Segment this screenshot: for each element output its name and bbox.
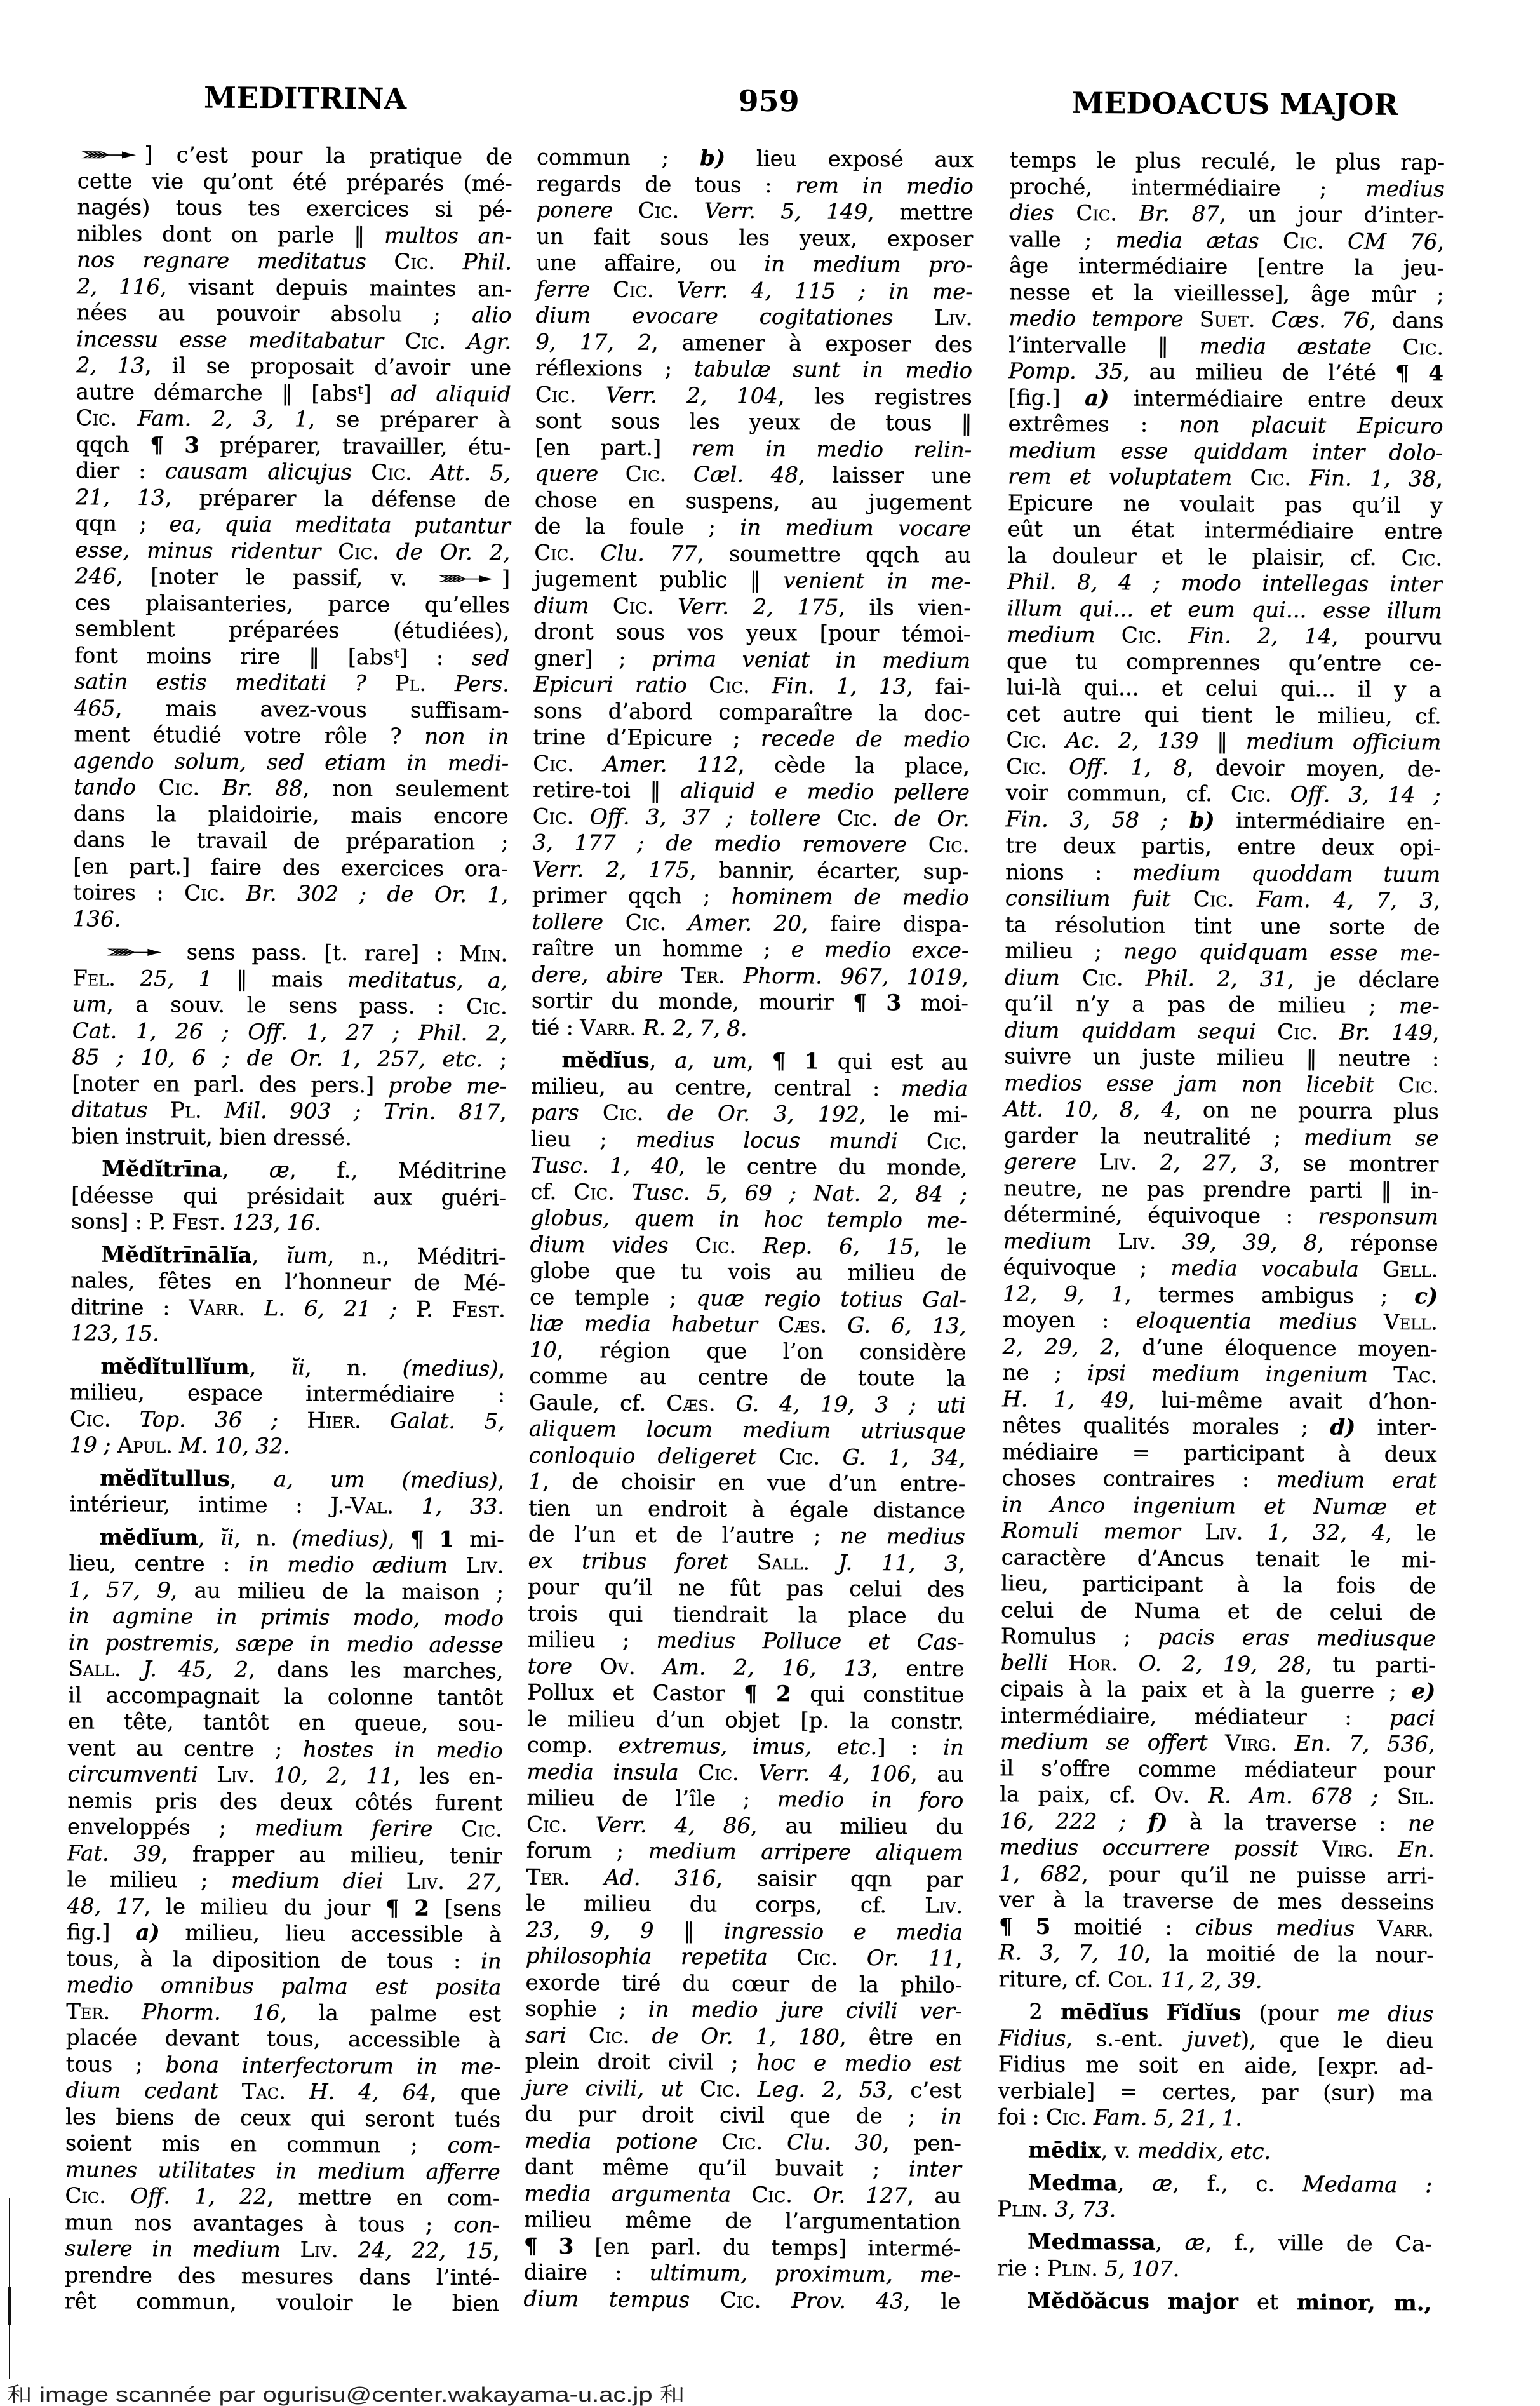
- plain-text: ,: [1433, 1020, 1440, 1045]
- word: travail: [196, 828, 267, 854]
- word: sou-: [458, 1711, 504, 1738]
- plain-text: ;: [619, 1997, 626, 2022]
- word: esse: [1323, 598, 1370, 624]
- plain-text: comme: [1138, 1756, 1217, 1782]
- plain-text: aide,: [1244, 2053, 1297, 2080]
- word: des: [178, 2263, 216, 2290]
- plain-text: qui: [1144, 702, 1179, 727]
- word: 2,: [212, 407, 233, 433]
- text-line: aliquemlocummediumutriusque: [529, 1416, 966, 1446]
- plain-text: préparés: [346, 170, 444, 196]
- italic-text: a,: [274, 1467, 293, 1492]
- word: Liv.: [925, 1893, 963, 1920]
- italic-text: ;: [222, 1019, 229, 1044]
- word: Fin.: [772, 673, 814, 700]
- author-abbreviation: Cic.: [751, 2182, 793, 2207]
- plain-text: ment: [74, 722, 130, 748]
- plain-text: ,: [305, 1355, 312, 1380]
- word: public: [660, 567, 727, 594]
- italic-text: medium: [882, 648, 970, 674]
- plain-text: exercices: [306, 196, 409, 222]
- plain-text: intermédiaire: [1236, 808, 1386, 834]
- word: Fam.: [1257, 887, 1311, 914]
- word: l’île: [675, 1786, 716, 1813]
- word: :: [873, 1075, 880, 1102]
- word: qu’ont: [203, 169, 274, 196]
- text-line: incessuessemeditabaturCic.Agr.: [76, 326, 511, 356]
- word: tollere: [749, 805, 821, 831]
- italic-text: omnibus: [161, 1973, 254, 1999]
- text-line: rie:Plin.5,107.: [997, 2255, 1432, 2285]
- dictionary-entry: mĕdĭus,a,um,¶1quiestaumilieu,aucentre,ce…: [523, 1047, 968, 2315]
- italic-text: R.: [999, 1940, 1022, 1965]
- italic-text: ;: [390, 1296, 398, 1322]
- word: 1: [199, 966, 213, 993]
- word: 678: [1311, 1784, 1353, 1810]
- author-abbreviation: Liv.: [1099, 1150, 1137, 1175]
- bold-headword: 1: [439, 1526, 454, 1552]
- text-line: bieninstruit,biendressé.: [72, 1124, 507, 1153]
- plain-text: ta: [1005, 912, 1027, 938]
- plain-text: ,: [1332, 624, 1339, 649]
- word: =: [1120, 2079, 1138, 2106]
- plain-text: la: [157, 802, 177, 827]
- word: Amer.: [688, 910, 753, 937]
- word: ‖: [1158, 333, 1168, 360]
- word: [en: [535, 434, 570, 461]
- dictionary-entry: 2mēdĭusFĭdĭus(pourmediusFidius,s.-ent.ju…: [998, 1999, 1433, 2134]
- plain-text: de: [645, 171, 671, 197]
- word: etc.]: [837, 1735, 886, 1761]
- plain-text: ,: [867, 199, 874, 225]
- text-line: intermédiaire,médiateur:paci: [1000, 1703, 1435, 1732]
- word: ex: [528, 1548, 553, 1575]
- plain-text: deux: [279, 1789, 332, 1815]
- word: 3: [886, 990, 901, 1017]
- text-line: Cic.Verr.4,86,aumilieudu: [526, 1811, 963, 1841]
- word: biens: [116, 2104, 174, 2131]
- word: du: [935, 1814, 963, 1841]
- word: medio: [714, 831, 781, 857]
- word: il: [68, 1683, 82, 1709]
- word: 2,: [486, 1021, 507, 1047]
- word: 28,: [1278, 1651, 1312, 1678]
- author-abbreviation: Cic.: [76, 405, 117, 431]
- text-line: mediusoccurrerepossitVirg.En.: [1000, 1834, 1435, 1864]
- italic-text: con-: [453, 2212, 500, 2237]
- word: vien-: [918, 595, 971, 622]
- plain-text: :: [163, 1295, 170, 1321]
- word: a,: [274, 1467, 293, 1493]
- author-abbreviation: Cic.: [184, 880, 225, 906]
- word: vent: [68, 1735, 116, 1762]
- text-line: voircommun,cf.Cic.Off.3,14;: [1006, 780, 1441, 809]
- plain-text: ,: [280, 2000, 287, 2026]
- plain-text: rêt: [64, 2288, 96, 2314]
- plain-text: ,: [956, 1946, 963, 1972]
- word: Liv.: [1118, 1229, 1156, 1256]
- word: Trin.: [384, 1099, 436, 1126]
- plain-text: ,: [778, 384, 785, 409]
- plain-text: jeu-: [1403, 255, 1444, 281]
- plain-text: absolu: [330, 302, 402, 328]
- word: occurrere: [1102, 1835, 1210, 1862]
- author-abbreviation: Cic.: [721, 2129, 763, 2154]
- plain-text: distance: [873, 1498, 965, 1524]
- plain-text: ;: [743, 1787, 751, 1812]
- plain-text: la: [365, 1579, 385, 1604]
- author-abbreviation: Plin.: [1047, 2255, 1098, 2281]
- word: ¶: [853, 990, 867, 1017]
- word: 23,: [526, 1917, 560, 1944]
- scanned-dictionary-page: MEDITRINA 959 MEDOACUS MAJOR ➳]c’estpour…: [0, 0, 1540, 2406]
- word: aliquid: [680, 778, 756, 805]
- plain-text: milieu: [238, 1578, 305, 1604]
- plain-text: la: [1283, 1573, 1303, 1598]
- text-line: tous,àladipositiondetous:in: [67, 1946, 502, 1975]
- plain-text: ,: [116, 696, 123, 721]
- italic-text: 2,: [733, 1655, 754, 1680]
- word: bien: [219, 1124, 267, 1151]
- italic-text: 536: [1387, 1731, 1428, 1757]
- plain-text: avantages: [192, 2210, 304, 2236]
- italic-text: utriusque: [860, 1418, 966, 1444]
- italic-text: 21: [344, 1296, 372, 1321]
- plain-text: tous: [387, 1948, 434, 1973]
- plain-text: vois: [728, 1260, 771, 1285]
- italic-text: Ac.: [1066, 728, 1101, 753]
- word: Cic.: [461, 1817, 502, 1843]
- text-line: Cic.Off.1,22,mettreencom-: [65, 2183, 500, 2212]
- italic-text: mediusque: [1316, 1625, 1436, 1651]
- word: rem: [692, 436, 735, 462]
- plain-text: ,: [499, 1356, 506, 1381]
- word: relin-: [914, 437, 972, 464]
- plain-text: ,: [751, 1813, 758, 1838]
- word: moyen-: [1358, 1336, 1438, 1362]
- word: gerere: [1003, 1149, 1076, 1176]
- plain-text: fût: [730, 1576, 761, 1601]
- italic-text: palma: [281, 1973, 348, 1999]
- word: 17,: [116, 1893, 151, 1920]
- sense-letter: d): [1330, 1415, 1355, 1440]
- italic-text: sæpe: [236, 1630, 294, 1657]
- word: tié: [532, 1014, 560, 1041]
- word: tous: [885, 410, 932, 437]
- plain-text: laisser: [832, 463, 904, 489]
- word: 64,: [403, 2080, 437, 2106]
- word: douleur: [1052, 543, 1137, 570]
- text-line: parsCic.deOr.3,192,lemi-: [531, 1100, 968, 1129]
- italic-text: medios: [1004, 1070, 1082, 1096]
- italic-text: Att.: [1004, 1096, 1043, 1122]
- word: d): [1330, 1415, 1355, 1441]
- italic-text: Fam.: [1257, 887, 1311, 913]
- word: rem: [1008, 464, 1052, 490]
- plain-text: :: [1032, 2105, 1040, 2130]
- plain-text: écarter,: [817, 858, 901, 884]
- word: 13,: [879, 674, 913, 701]
- plain-text: ver: [999, 1887, 1034, 1912]
- plain-text: la: [946, 1366, 966, 1392]
- word: me-: [460, 2054, 501, 2081]
- word: que: [1007, 649, 1047, 675]
- italic-text: Epicuri: [533, 672, 613, 698]
- word: ;: [359, 882, 366, 908]
- word: [fig.]: [1008, 385, 1061, 412]
- word: la: [1007, 543, 1027, 570]
- italic-text: 246: [75, 563, 116, 589]
- word: medio: [1008, 306, 1076, 332]
- plain-text: accessible: [348, 2027, 460, 2053]
- plain-text: ,: [716, 1865, 723, 1891]
- plain-text: ,: [838, 595, 845, 620]
- word: ;: [1123, 1624, 1131, 1651]
- word: 76,: [1410, 229, 1444, 256]
- word: au: [937, 1761, 963, 1788]
- word: Cæs.: [1271, 307, 1326, 334]
- author-abbreviation: Ov.: [1154, 1783, 1189, 1808]
- plain-text: d’avoir: [374, 354, 450, 380]
- plain-text: [t.: [324, 941, 348, 966]
- word: etc.: [442, 1047, 483, 1073]
- plain-text: nagés): [77, 194, 150, 220]
- plain-text: tu: [1075, 649, 1098, 674]
- word: 5,: [484, 1409, 505, 1435]
- word: du: [937, 1603, 965, 1630]
- author-abbreviation: Cic.: [1398, 1073, 1439, 1098]
- word: 8,: [1304, 1230, 1325, 1257]
- text-line: nagés)toustesexercicessipé-: [77, 194, 512, 224]
- italic-text: Phil.: [1146, 965, 1195, 991]
- italic-text: a,: [674, 1048, 694, 1073]
- word: pass.: [359, 993, 415, 1020]
- word: jour: [1298, 202, 1342, 229]
- word: P.: [416, 1296, 433, 1323]
- plain-text: Fidius: [998, 2052, 1066, 2078]
- plain-text: qui: [311, 2106, 345, 2131]
- italic-text: regnare: [142, 248, 229, 274]
- italic-text: 1,: [1370, 466, 1391, 492]
- word: à: [1338, 1441, 1351, 1468]
- italic-text: quiddam: [1081, 1018, 1177, 1044]
- italic-text: licebit: [1306, 1072, 1374, 1098]
- italic-text: aliquem: [529, 1416, 617, 1442]
- bold-headword: ¶: [1395, 361, 1409, 386]
- word: Medama: [1302, 2172, 1398, 2198]
- text-line: lemilieud’unobjet[p.laconstr.: [527, 1706, 964, 1735]
- word: au: [944, 542, 971, 569]
- word: démarche: [154, 380, 263, 407]
- italic-text: ingressio: [724, 1918, 824, 1944]
- italic-text: de: [247, 1045, 274, 1071]
- plain-text: de: [194, 2105, 220, 2130]
- plain-text: monde,: [887, 1155, 968, 1181]
- word: 1,: [888, 1445, 909, 1472]
- word: milieu,: [531, 1073, 606, 1100]
- plain-text: ad-: [1399, 2054, 1433, 2080]
- author-abbreviation: Sall.: [757, 1549, 810, 1575]
- text-line: Verr.2,175,bannir,écarter,sup-: [532, 856, 969, 885]
- word: milieu: [1005, 938, 1073, 965]
- italic-text: 149: [1391, 1019, 1433, 1045]
- text-line: Tusc.1,40,lecentredumonde,: [530, 1153, 967, 1182]
- word: pas: [1284, 492, 1322, 518]
- text-line: mediumCic.Fin.2,14,pourvu: [1007, 622, 1442, 651]
- author-abbreviation: Hor.: [1068, 1650, 1118, 1676]
- word: ‖: [236, 966, 247, 993]
- word: contraires: [1103, 1466, 1215, 1493]
- word: Ter.: [66, 1999, 110, 2026]
- word: 76,: [1342, 307, 1376, 334]
- italic-text: Phorm.: [743, 963, 822, 989]
- word: la: [1000, 1782, 1019, 1808]
- feathered-arrow-icon: ➳: [103, 941, 164, 964]
- italic-text: 1,: [1268, 1520, 1289, 1545]
- word: Cic.: [1231, 781, 1272, 808]
- italic-text: Phorm.: [142, 1999, 221, 2025]
- plain-text: égale: [789, 1497, 848, 1523]
- plain-text: droit: [598, 2049, 650, 2075]
- word: 1,: [136, 1018, 157, 1045]
- word: du: [723, 2235, 751, 2261]
- word: jure: [780, 1998, 824, 2024]
- word: Sil.: [1397, 1784, 1435, 1811]
- plain-text: ;: [1054, 1361, 1062, 1386]
- italic-text: ne: [840, 1524, 867, 1549]
- plain-text: le: [1351, 1547, 1370, 1572]
- word: souv.: [170, 992, 225, 1019]
- italic-text: ;: [271, 1408, 279, 1433]
- word: c): [1414, 1284, 1438, 1310]
- word: 2,: [733, 1655, 754, 1681]
- text-line: tié:Varr.R.2,7,8.: [532, 1014, 968, 1044]
- word: équivoque: [1003, 1254, 1116, 1282]
- word: Numæ: [1313, 1494, 1387, 1521]
- word: Galat.: [390, 1408, 455, 1435]
- word: Clu.: [787, 2130, 831, 2156]
- plain-text: dans: [277, 1657, 329, 1683]
- word: Fam.: [138, 406, 192, 433]
- plain-text: un: [1073, 517, 1101, 542]
- word: ;: [873, 2156, 880, 2183]
- italic-text: agmine: [112, 1604, 193, 1630]
- italic-text: sequi: [1198, 1019, 1256, 1045]
- word: cf.: [1109, 1782, 1135, 1809]
- word: 1: [804, 1049, 819, 1075]
- word: de: [1409, 1600, 1436, 1627]
- plain-text: qu’entre: [1289, 650, 1382, 676]
- plain-text: plus: [1393, 1099, 1439, 1124]
- plain-text: étudié: [152, 722, 222, 748]
- word: Vell.: [1384, 1310, 1438, 1336]
- word: le: [1275, 702, 1295, 729]
- italic-text: afferre: [425, 2159, 500, 2185]
- italic-text: locus: [743, 1127, 800, 1153]
- italic-text: medium: [648, 1839, 737, 1865]
- italic-text: 3,: [646, 804, 667, 830]
- word: corps,: [755, 1892, 822, 1919]
- word: Virg.: [1322, 1836, 1374, 1863]
- italic-text: causam: [165, 459, 248, 485]
- plain-text: ,: [497, 1468, 504, 1493]
- word: lui-là: [1007, 675, 1062, 701]
- plain-text: sont: [535, 408, 582, 434]
- word: in: [835, 647, 856, 674]
- italic-text: 45,: [178, 1657, 213, 1682]
- word: la: [319, 2000, 338, 2027]
- word: medio: [691, 1997, 758, 2024]
- text-line: Cic.Off.1,8,devoirmoyen,de-: [1006, 754, 1441, 783]
- word: lieu,: [69, 1550, 116, 1577]
- plain-text: ,: [914, 1234, 921, 1260]
- plain-text: dans: [74, 801, 126, 826]
- italic-text: Off.: [130, 2184, 170, 2209]
- plain-text: deux: [1322, 835, 1374, 861]
- italic-text: 106: [869, 1761, 911, 1786]
- plain-text: visant: [189, 274, 255, 300]
- italic-text: Ad.: [604, 1865, 640, 1890]
- italic-text: 2: [638, 330, 652, 355]
- word: 136.: [73, 906, 121, 933]
- word: tous: [387, 1948, 434, 1975]
- word: Hor.: [1068, 1650, 1118, 1677]
- word: Varr.: [1377, 1916, 1434, 1942]
- word: de-: [1407, 756, 1442, 783]
- word: milieu,: [70, 1380, 145, 1406]
- word: ridentur: [230, 538, 321, 565]
- plain-text: parle: [278, 222, 335, 248]
- italic-text: esse: [1106, 1071, 1154, 1096]
- plain-text: jugement: [534, 567, 637, 593]
- text-line: philosophiarepetitaCic.Or.11,: [526, 1944, 963, 1973]
- author-abbreviation: Tac.: [242, 2079, 286, 2104]
- word: 536,: [1387, 1731, 1435, 1758]
- author-abbreviation: Pl.: [170, 1098, 202, 1123]
- italic-text: meditata: [295, 512, 392, 538]
- word: :: [1285, 1204, 1293, 1230]
- word: Cic.: [1398, 1073, 1439, 1099]
- word: plein: [525, 2049, 580, 2076]
- italic-text: qui...: [1251, 597, 1306, 623]
- italic-text: pacis: [1158, 1625, 1215, 1651]
- author-abbreviation: Sil.: [1397, 1784, 1435, 1810]
- word: 88,: [275, 776, 309, 802]
- italic-text: 28: [1278, 1651, 1306, 1677]
- word: [absᵗ]: [348, 644, 408, 671]
- word: pé-: [478, 197, 512, 224]
- plain-text: ,: [388, 1526, 395, 1552]
- word: l’honneur: [285, 1269, 390, 1296]
- plain-text: les: [419, 1764, 450, 1789]
- plain-text: qu’il: [1352, 492, 1400, 518]
- plain-text: ,: [747, 1049, 754, 1074]
- word: [t.: [324, 941, 348, 967]
- text-line: mediapotioneCic.Clu.30,pen-: [525, 2128, 961, 2157]
- word: in: [69, 1630, 90, 1657]
- word: milieu: [524, 2207, 592, 2234]
- plain-text: au: [299, 1842, 326, 1867]
- italic-text: e: [854, 1919, 866, 1944]
- plain-text: d’un: [656, 1707, 705, 1732]
- text-line: Cic.Off.3,37;tollereCic.deOr.: [533, 803, 970, 833]
- word: la: [850, 1708, 869, 1735]
- word: de: [484, 487, 511, 514]
- word: ;: [1433, 783, 1441, 809]
- plain-text: ;: [433, 302, 441, 328]
- italic-text: ea,: [169, 511, 201, 537]
- text-line: Phil.8,4;modointellegasinter: [1007, 569, 1442, 598]
